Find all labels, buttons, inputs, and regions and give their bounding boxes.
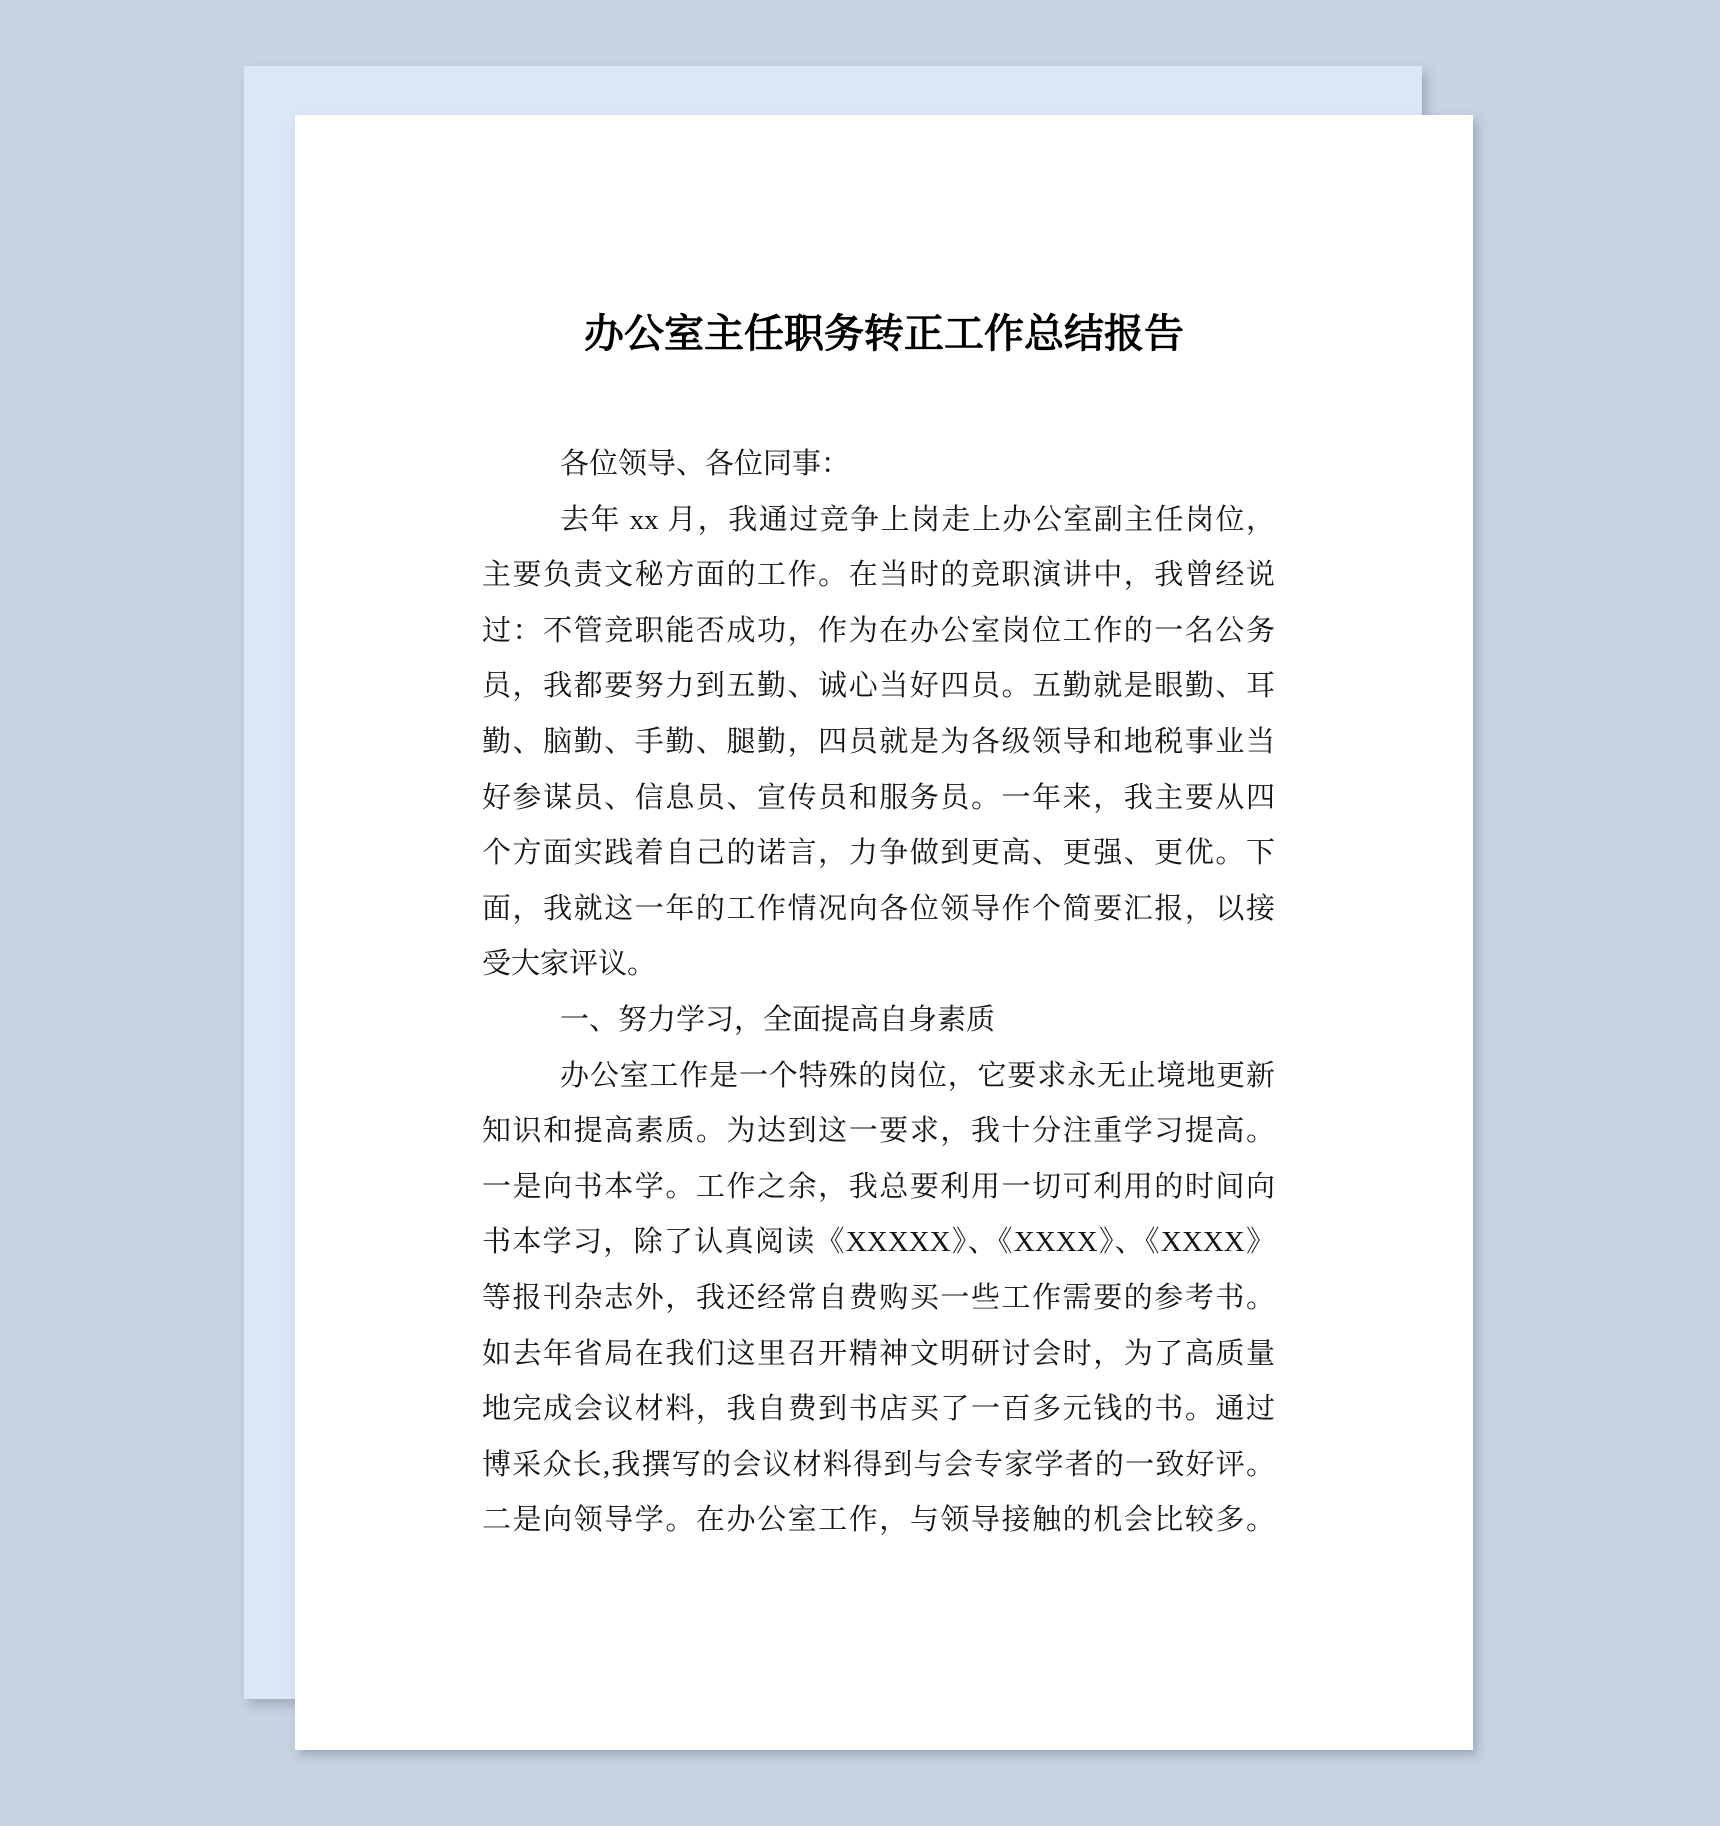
document-title: 办公室主任职务转正工作总结报告 [295, 311, 1473, 357]
body-line: 一、努力学习，全面提高自身素质 [482, 993, 1275, 1049]
body-line: 主要负责文秘方面的工作。在当时的竞职演讲中，我曾经说 [482, 548, 1275, 604]
body-line: 好参谋员、信息员、宣传员和服务员。一年来，我主要从四 [482, 771, 1275, 827]
document-body: 各位领导、各位同事：去年 xx 月，我通过竞争上岗走上办公室副主任岗位，主要负责… [482, 437, 1275, 1549]
body-line: 地完成会议材料，我自费到书店买了一百多元钱的书。通过 [482, 1382, 1275, 1438]
body-line: 如去年省局在我们这里召开精神文明研讨会时，为了高质量 [482, 1327, 1275, 1383]
document-preview-canvas: 办公室主任职务转正工作总结报告 各位领导、各位同事：去年 xx 月，我通过竞争上… [0, 0, 1720, 1826]
body-line: 去年 xx 月，我通过竞争上岗走上办公室副主任岗位， [482, 493, 1275, 549]
document-page: 办公室主任职务转正工作总结报告 各位领导、各位同事：去年 xx 月，我通过竞争上… [295, 115, 1473, 1750]
body-line: 办公室工作是一个特殊的岗位，它要求永无止境地更新 [482, 1049, 1275, 1105]
body-line: 等报刊杂志外，我还经常自费购买一些工作需要的参考书。 [482, 1271, 1275, 1327]
body-line: 各位领导、各位同事： [482, 437, 1275, 493]
body-line: 二是向领导学。在办公室工作，与领导接触的机会比较多。 [482, 1493, 1275, 1549]
body-line: 面，我就这一年的工作情况向各位领导作个简要汇报，以接 [482, 882, 1275, 938]
body-line: 博采众长,我撰写的会议材料得到与会专家学者的一致好评。 [482, 1438, 1275, 1494]
body-line: 受大家评议。 [482, 937, 1275, 993]
body-line: 一是向书本学。工作之余，我总要利用一切可利用的时间向 [482, 1160, 1275, 1216]
body-line: 个方面实践着自己的诺言，力争做到更高、更强、更优。下 [482, 826, 1275, 882]
body-line: 书本学习，除了认真阅读《XXXXX》、《XXXX》、《XXXX》 [482, 1215, 1275, 1271]
body-line: 过：不管竞职能否成功，作为在办公室岗位工作的一名公务 [482, 604, 1275, 660]
body-line: 知识和提高素质。为达到这一要求，我十分注重学习提高。 [482, 1104, 1275, 1160]
body-line: 员，我都要努力到五勤、诚心当好四员。五勤就是眼勤、耳 [482, 659, 1275, 715]
body-line: 勤、脑勤、手勤、腿勤，四员就是为各级领导和地税事业当 [482, 715, 1275, 771]
